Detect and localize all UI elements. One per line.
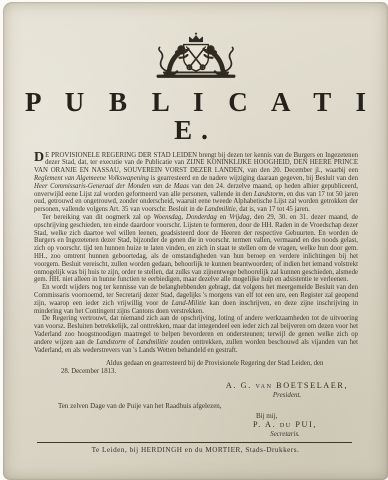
divider-rule xyxy=(37,442,352,443)
body-paragraph: Ter bereiking van dit oogmerk zal op Woe… xyxy=(34,214,358,284)
text-segment: of xyxy=(126,339,137,346)
president-name: A. G. van BOETSELAER, xyxy=(212,381,362,390)
text-segment: Land-Militie xyxy=(172,300,206,307)
body-paragraph: En wordt wijders nog ter kennisse van de… xyxy=(34,284,358,315)
printer-imprint: Te Leiden, bij HERDINGH en du MORTIER, S… xyxy=(3,446,388,454)
body-paragraph: De Regering vertrouwt, dat niemand zich … xyxy=(34,315,358,354)
crown-icon xyxy=(189,33,202,42)
closing-line-2: 28. December 1813. xyxy=(61,368,348,376)
closing-line-1: Aldus gedaan en gearresteerd bij de Prov… xyxy=(61,360,348,368)
text-segment: , den 29, 30. en 31. dezer maand, de ops… xyxy=(34,214,358,283)
drop-cap: D xyxy=(34,152,45,163)
leiden-coat-of-arms-icon xyxy=(144,25,248,83)
text-segment: Heer Commissaris-Generaal der Monden van… xyxy=(34,183,189,190)
text-segment: Woensdag, Donderdag xyxy=(154,214,217,221)
text-segment: Ter bereiking van dit oogmerk zal op xyxy=(42,214,154,221)
text-segment: Landmilitie xyxy=(204,206,235,213)
body-paragraphs: DE PROVISIONELE REGERING DER STAD LEIDEN… xyxy=(34,152,358,355)
page-title: P U B L I C A T I E. xyxy=(3,88,388,145)
text-segment: is gearresteerd en de nadere wijziging d… xyxy=(149,175,358,182)
text-segment: E PROVISIONELE REGERING DER STAD LEIDEN … xyxy=(34,152,358,175)
president-signature: A. G. van BOETSELAER, President. xyxy=(212,381,362,399)
body-paragraph: DE PROVISIONELE REGERING DER STAD LEIDEN… xyxy=(34,152,358,214)
screenshot-frame: P U B L I C A T I E. DE PROVISIONELE REG… xyxy=(0,0,388,480)
read-aloud-note: Ten zelven Dage van de Puije van het Raa… xyxy=(58,402,388,410)
closing-statement: Aldus gedaan en gearresteerd bij de Prov… xyxy=(61,360,348,376)
secretary-title: Secretaris. xyxy=(220,430,350,438)
secretary-name: P. A. du PUI, xyxy=(220,420,350,429)
secretary-signature: Bij mij, P. A. du PUI, Secretaris. xyxy=(220,412,350,438)
text-segment: , dat is, van 17 tot 45 jaren. xyxy=(236,206,310,213)
text-segment: Reglement van Algemeene Volkswapening xyxy=(34,175,149,182)
text-segment: Landmilitie xyxy=(137,339,168,346)
text-segment: Landstorm xyxy=(96,339,125,346)
text-segment: Landstorm xyxy=(254,191,283,198)
text-segment: Vrijdag xyxy=(229,214,249,221)
president-title: President. xyxy=(212,391,362,399)
publication-document: P U B L I C A T I E. DE PROVISIONELE REG… xyxy=(3,2,388,480)
bij-mij-label: Bij mij, xyxy=(256,412,350,420)
text-segment: en xyxy=(217,214,229,221)
